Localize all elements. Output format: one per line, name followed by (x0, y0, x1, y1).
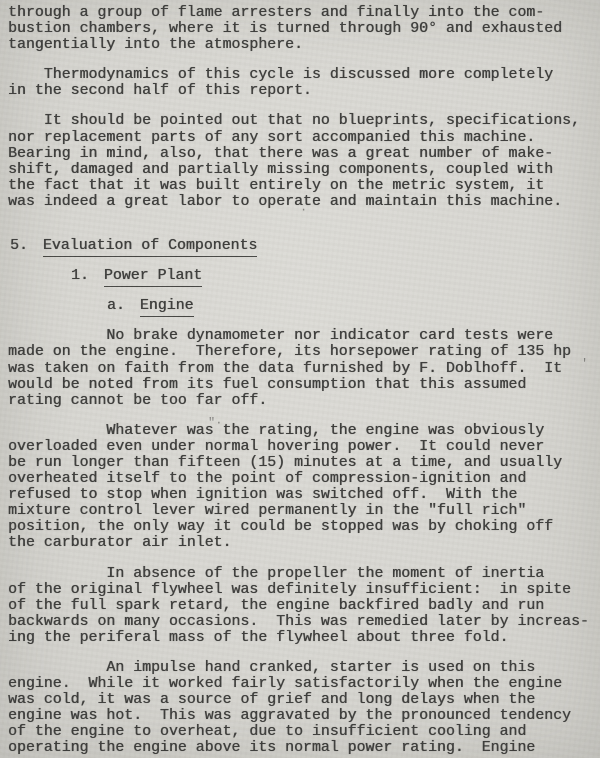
heading-evaluation-of-components: 5.Evaluation of Components (8, 238, 596, 254)
paragraph-thermodynamics: Thermodynamics of this cycle is discusse… (8, 67, 596, 99)
paragraph-combustion-chambers: through a group of flame arresters and f… (8, 5, 596, 53)
paragraph-flywheel-inertia: In absence of the propeller the moment o… (8, 566, 596, 646)
scan-artifact: "· (208, 417, 222, 429)
heading-power-plant: 1.Power Plant (8, 268, 596, 284)
heading-title: Evaluation of Components (43, 238, 257, 257)
paragraph-impulse-starter: An impulse hand cranked, starter is used… (8, 660, 596, 757)
heading-engine: a.Engine (8, 298, 596, 314)
paragraph-no-blueprints: It should be pointed out that no bluepri… (8, 113, 596, 210)
heading-number: a. (107, 298, 125, 314)
document-text: through a group of flame arresters and f… (0, 0, 600, 757)
scan-artifact: · (300, 204, 307, 216)
paragraph-engine-overloaded: Whatever was the rating, the engine was … (8, 423, 596, 552)
paragraph-horsepower-rating: No brake dynamometer nor indicator card … (8, 328, 596, 408)
scan-artifact: ' (581, 358, 588, 370)
scanned-document-page: through a group of flame arresters and f… (0, 0, 600, 758)
heading-title: Engine (140, 298, 194, 317)
heading-number: 5. (10, 238, 28, 254)
heading-title: Power Plant (104, 268, 202, 287)
heading-number: 1. (71, 268, 89, 284)
